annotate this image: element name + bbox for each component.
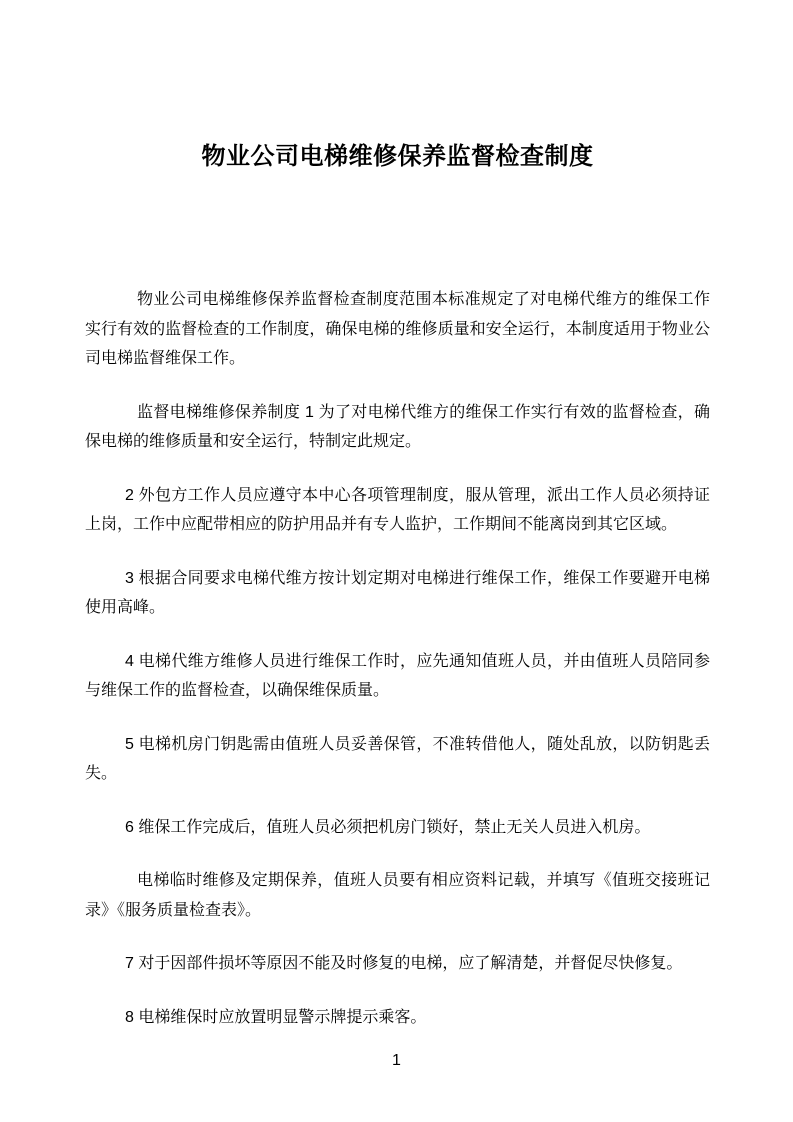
paragraph: 8 电梯维保时应放置明显警示牌提示乘客。	[85, 1003, 710, 1033]
paragraph: 7 对于因部件损坏等原因不能及时修复的电梯，应了解清楚，并督促尽快修复。	[85, 949, 710, 979]
paragraph: 2 外包方工作人员应遵守本中心各项管理制度，服从管理，派出工作人员必须持证上岗，…	[85, 481, 710, 540]
document-title: 物业公司电梯维修保养监督检查制度	[85, 141, 710, 173]
paragraph: 电梯临时维修及定期保养，值班人员要有相应资料记载，并填写《值班交接班记录》《服务…	[85, 866, 710, 925]
paragraph: 物业公司电梯维修保养监督检查制度范围本标准规定了对电梯代维方的维保工作实行有效的…	[85, 285, 710, 374]
paragraph: 3 根据合同要求电梯代维方按计划定期对电梯进行维保工作，维保工作要避开电梯使用高…	[85, 564, 710, 623]
paragraph: 5 电梯机房门钥匙需由值班人员妥善保管，不准转借他人，随处乱放，以防钥匙丢失。	[85, 730, 710, 789]
page-number: 1	[0, 1050, 793, 1072]
paragraph: 4 电梯代维方维修人员进行维保工作时，应先通知值班人员，并由值班人员陪同参与维保…	[85, 647, 710, 706]
document-page: 物业公司电梯维修保养监督检查制度 物业公司电梯维修保养监督检查制度范围本标准规定…	[0, 0, 793, 1122]
paragraph: 6 维保工作完成后，值班人员必须把机房门锁好，禁止无关人员进入机房。	[85, 813, 710, 843]
document-body: 物业公司电梯维修保养监督检查制度范围本标准规定了对电梯代维方的维保工作实行有效的…	[85, 285, 710, 1032]
paragraph: 监督电梯维修保养制度 1 为了对电梯代维方的维保工作实行有效的监督检查，确保电梯…	[85, 398, 710, 457]
